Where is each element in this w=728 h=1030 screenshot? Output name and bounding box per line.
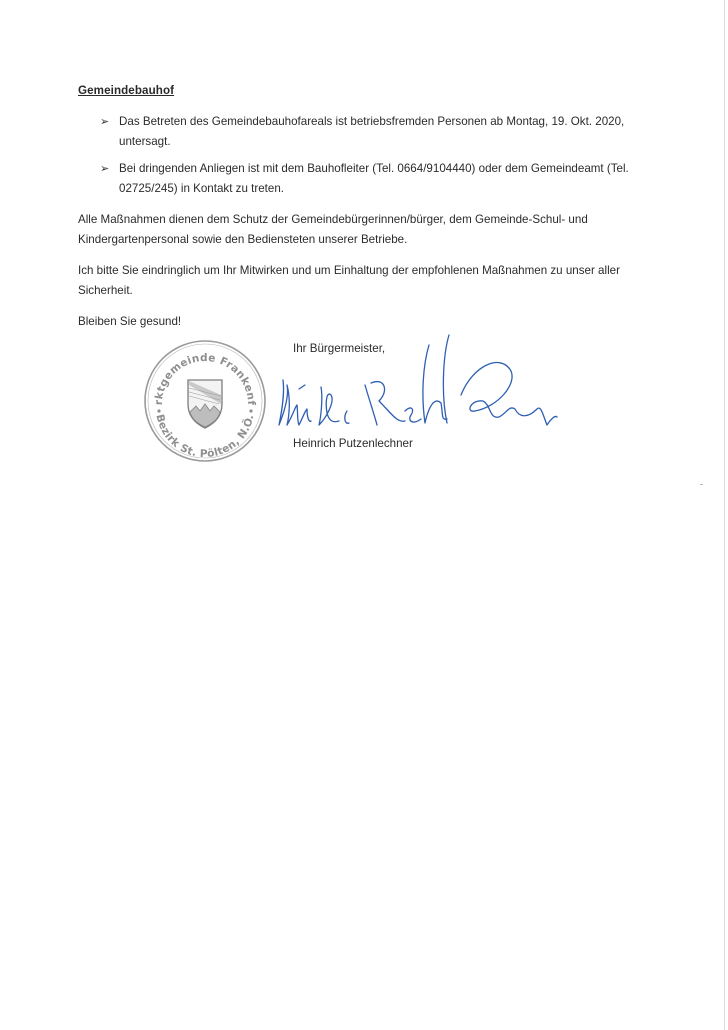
bullet-item: ➢ Bei dringenden Anliegen ist mit dem Ba… bbox=[78, 159, 648, 199]
bullet-list: ➢ Das Betreten des Gemeindebauhofareals … bbox=[78, 112, 648, 206]
bullet-text: Bei dringenden Anliegen ist mit dem Bauh… bbox=[119, 162, 629, 195]
closing-title: Ihr Bürgermeister, bbox=[293, 342, 385, 355]
arrowhead-bullet-icon: ➢ bbox=[100, 112, 109, 132]
paragraph-protection: Alle Maßnahmen dienen dem Schutz der Gem… bbox=[78, 210, 653, 250]
municipal-stamp-icon: Marktgemeinde Frankenfels Bezirk St. Pöl… bbox=[142, 338, 268, 464]
paragraph-appeal: Ich bitte Sie eindringlich um Ihr Mitwir… bbox=[78, 261, 653, 301]
bullet-text: Das Betreten des Gemeindebauhofareals is… bbox=[119, 115, 624, 148]
bullet-item: ➢ Das Betreten des Gemeindebauhofareals … bbox=[78, 112, 648, 152]
arrowhead-bullet-icon: ➢ bbox=[100, 159, 109, 179]
coat-of-arms-icon bbox=[188, 380, 222, 428]
scan-speck bbox=[700, 484, 703, 485]
page-edge-line bbox=[724, 0, 725, 1030]
section-heading: Gemeindebauhof bbox=[78, 84, 174, 97]
signatory-name: Heinrich Putzenlechner bbox=[293, 437, 413, 450]
